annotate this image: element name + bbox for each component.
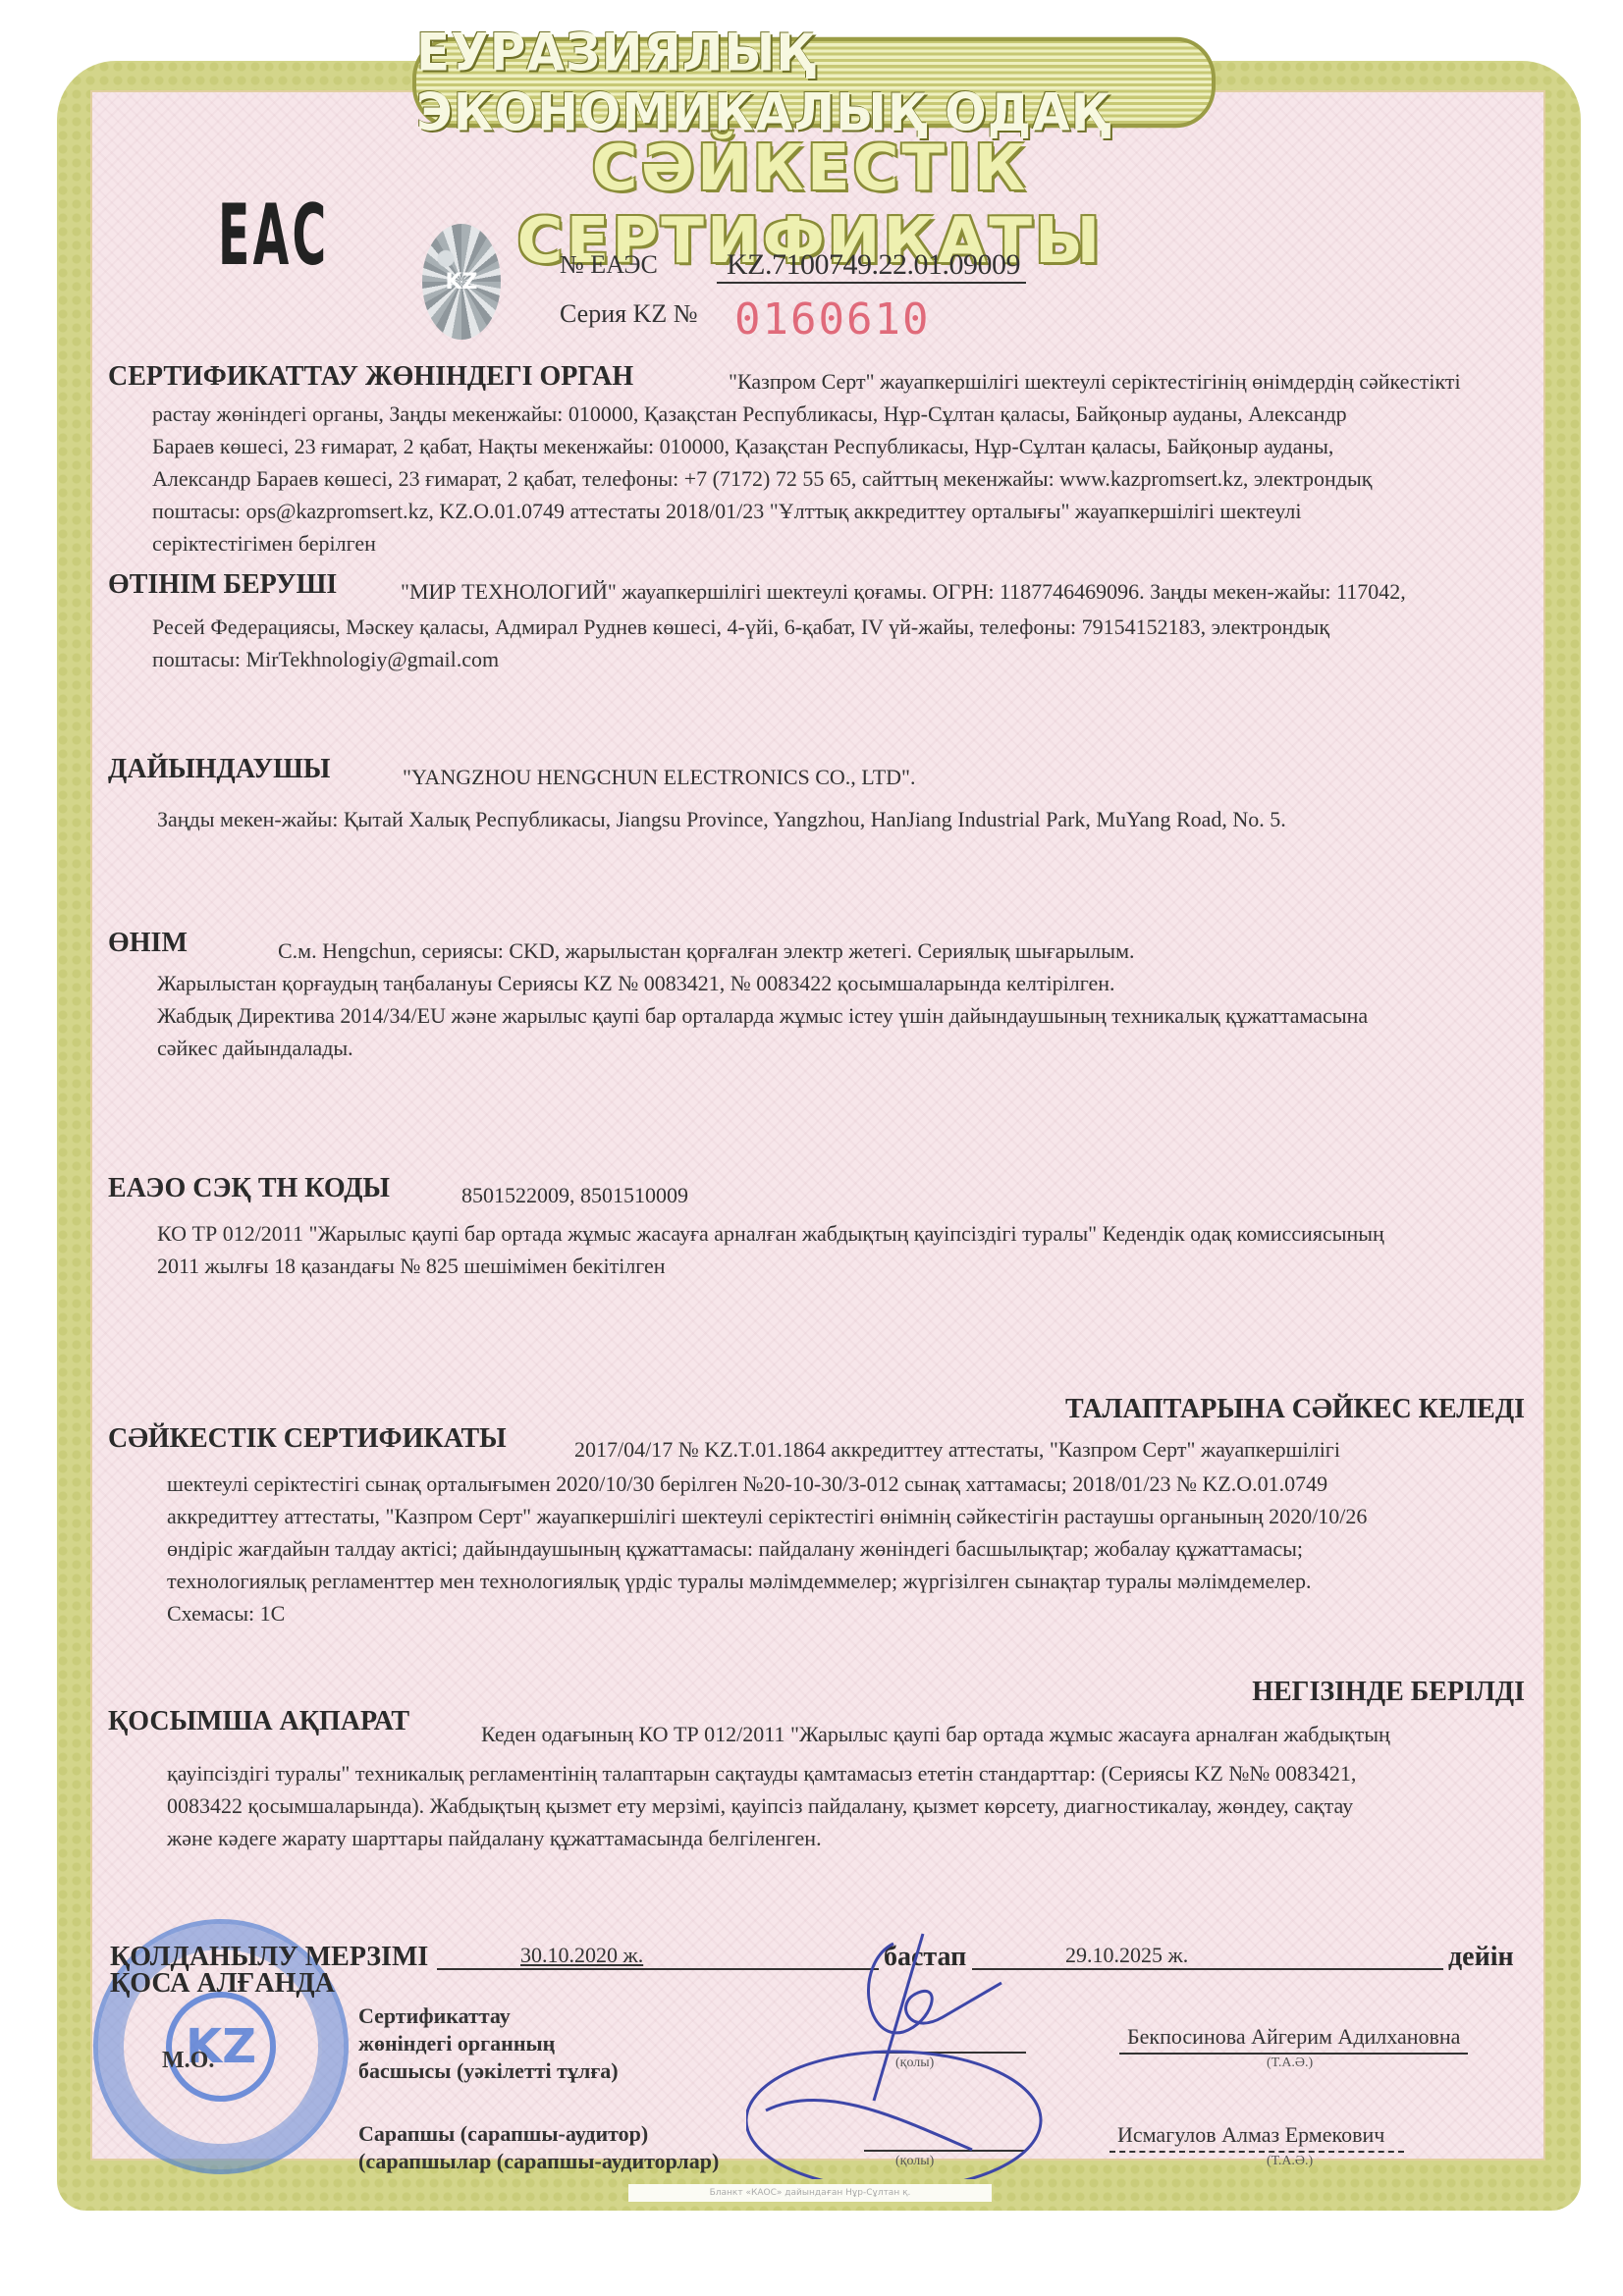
- head-label: Сертификаттау жөніндегі органның басшысы…: [358, 2002, 619, 2085]
- tn-codes: 8501522009, 8501510009: [461, 1179, 688, 1211]
- head-label-line: жөніндегі органның: [358, 2030, 619, 2057]
- expert-label: Сарапшы (сарапшы-аудитор) (сарапшылар (с…: [358, 2120, 719, 2175]
- signature-scribble-icon: [746, 1924, 1100, 2179]
- conformity-line: өндіріс жағдайын талдау актісі; дайындау…: [167, 1532, 1367, 1565]
- issued-label: НЕГІЗІНДЕ БЕРІЛДІ: [1252, 1677, 1525, 1708]
- product-line: Жабдық Директива 2014/34/EU және жарылыс…: [157, 999, 1368, 1032]
- applicant-text: Ресей Федерациясы, Мәскеу қаласы, Адмира…: [152, 611, 1329, 675]
- additional-heading: ҚОСЫМША АҚПАРАТ: [108, 1706, 409, 1737]
- product-line: сәйкес дайындалады.: [157, 1032, 1368, 1064]
- reg-number: KZ.7100749.22.01.09009: [717, 248, 1026, 284]
- body-line: поштасы: ops@kazpromsert.kz, KZ.O.01.074…: [152, 495, 1546, 527]
- validity-heading-2: ҚОСА АЛҒАНДА: [110, 1968, 335, 2000]
- hologram-icon: KZ: [422, 224, 501, 340]
- conformity-text: шектеулі серіктестігі сынақ орталығымен …: [167, 1468, 1367, 1629]
- head-name-caption: (Т.А.Ә.): [1267, 2056, 1313, 2071]
- manufacturer-address: Заңды мекен-жайы: Қытай Халық Республика…: [157, 803, 1286, 835]
- expert-name-caption: (Т.А.Ә.): [1267, 2154, 1313, 2169]
- head-name: Бекпосинова Айгерим Адилхановна: [1119, 2020, 1468, 2055]
- expert-name: Исмагулов Алмаз Ермекович: [1109, 2118, 1404, 2153]
- head-label-line: басшысы (уәкілетті тұлға): [358, 2057, 619, 2085]
- series-label: Серия KZ №: [560, 299, 698, 329]
- conformity-line: аккредиттеу аттестаты, "Казпром Серт" жа…: [167, 1500, 1367, 1532]
- union-title: ЕУРАЗИЯЛЫҚ ЭКОНОМИКАЛЫҚ ОДАҚ: [416, 23, 1212, 142]
- seal-label: М.О.: [162, 2047, 214, 2074]
- body-line: растау жөніндегі органы, Заңды мекенжайы…: [152, 398, 1546, 430]
- body-line: Бараев көшесі, 23 ғимарат, 2 қабат, Нақт…: [152, 430, 1546, 462]
- product-line: Жарылыстан қорғаудың таңбалануы Сериясы …: [157, 967, 1368, 999]
- series-number: 0160610: [734, 294, 930, 345]
- body-line: Александр Бараев көшесі, 23 ғимарат, 2 қ…: [152, 462, 1546, 495]
- additional-line: қауіпсіздігі туралы" техникалық регламен…: [167, 1757, 1356, 1789]
- additional-line: және кәдеге жарату шарттары пайдалану құ…: [167, 1822, 1356, 1854]
- product-line: С.м. Hengchun, сериясы: CKD, жарылыстан …: [278, 934, 1135, 967]
- conformity-line: 2017/04/17 № KZ.T.01.1864 аккредиттеу ат…: [574, 1433, 1340, 1466]
- manufacturer-name: "YANGZHOU HENGCHUN ELECTRONICS CO., LTD"…: [403, 761, 916, 793]
- manufacturer-heading: ДАЙЫНДАУШЫ: [108, 754, 330, 785]
- additional-line: 0083422 қосымшаларында). Жабдықтың қызме…: [167, 1789, 1356, 1822]
- eac-mark-icon: ЕАС: [218, 187, 330, 285]
- tn-code-text: КО ТР 012/2011 "Жарылыс қаупі бар ортада…: [157, 1217, 1384, 1282]
- conformity-line: шектеулі серіктестігі сынақ орталығымен …: [167, 1468, 1367, 1500]
- conformity-line: технологиялық регламенттер мен технологи…: [167, 1565, 1367, 1597]
- product-heading: ӨНІМ: [108, 928, 188, 959]
- applicant-line: "МИР ТЕХНОЛОГИЙ" жауапкершілігі шектеулі…: [401, 575, 1406, 608]
- body-heading: СЕРТИФИКАТТАУ ЖӨНІНДЕГІ ОРГАН: [108, 361, 633, 393]
- tn-code-line: 2011 жылғы 18 қазандағы № 825 шешімімен …: [157, 1250, 1384, 1282]
- union-title-banner: ЕУРАЗИЯЛЫҚ ЭКОНОМИКАЛЫҚ ОДАҚ: [412, 37, 1216, 128]
- to-label: дейін: [1448, 1942, 1514, 1973]
- tn-code-line: КО ТР 012/2011 "Жарылыс қаупі бар ортада…: [157, 1217, 1384, 1250]
- expert-label-line: Сарапшы (сарапшы-аудитор): [358, 2120, 719, 2148]
- body-text: растау жөніндегі органы, Заңды мекенжайы…: [152, 398, 1546, 560]
- applicant-heading: ӨТІНІМ БЕРУШІ: [108, 569, 337, 601]
- printer-note: Бланкт «КАОС» дайындаған Нұр-Сұлтан қ.: [628, 2184, 992, 2202]
- head-label-line: Сертификаттау: [358, 2002, 619, 2030]
- complies-label: ТАЛАПТАРЫНА СӘЙКЕС КЕЛЕДІ: [1065, 1394, 1525, 1425]
- expert-label-line: (сарапшылар (сарапшы-аудиторлар): [358, 2148, 719, 2175]
- additional-text: қауіпсіздігі туралы" техникалық регламен…: [167, 1757, 1356, 1854]
- body-line: серіктестігімен берілген: [152, 527, 1546, 560]
- body-line: "Казпром Серт" жауапкершілігі шектеулі с…: [729, 365, 1461, 398]
- tn-code-heading: ЕАЭО СЭҚ ТН КОДЫ: [108, 1173, 390, 1204]
- additional-line: Кеден одағының КО ТР 012/2011 "Жарылыс қ…: [481, 1718, 1390, 1750]
- conformity-line: Схемасы: 1С: [167, 1597, 1367, 1629]
- product-text: Жарылыстан қорғаудың таңбалануы Сериясы …: [157, 967, 1368, 1064]
- applicant-line: Ресей Федерациясы, Мәскеу қаласы, Адмира…: [152, 611, 1329, 643]
- applicant-line: поштасы: MirTekhnologiy@gmail.com: [152, 643, 1329, 675]
- conformity-heading: СӘЙКЕСТІК СЕРТИФИКАТЫ: [108, 1423, 507, 1455]
- from-date: 30.10.2020 ж.: [520, 1939, 643, 1971]
- hologram-text: KZ: [446, 270, 478, 294]
- reg-label: № ЕАЭС: [560, 250, 658, 280]
